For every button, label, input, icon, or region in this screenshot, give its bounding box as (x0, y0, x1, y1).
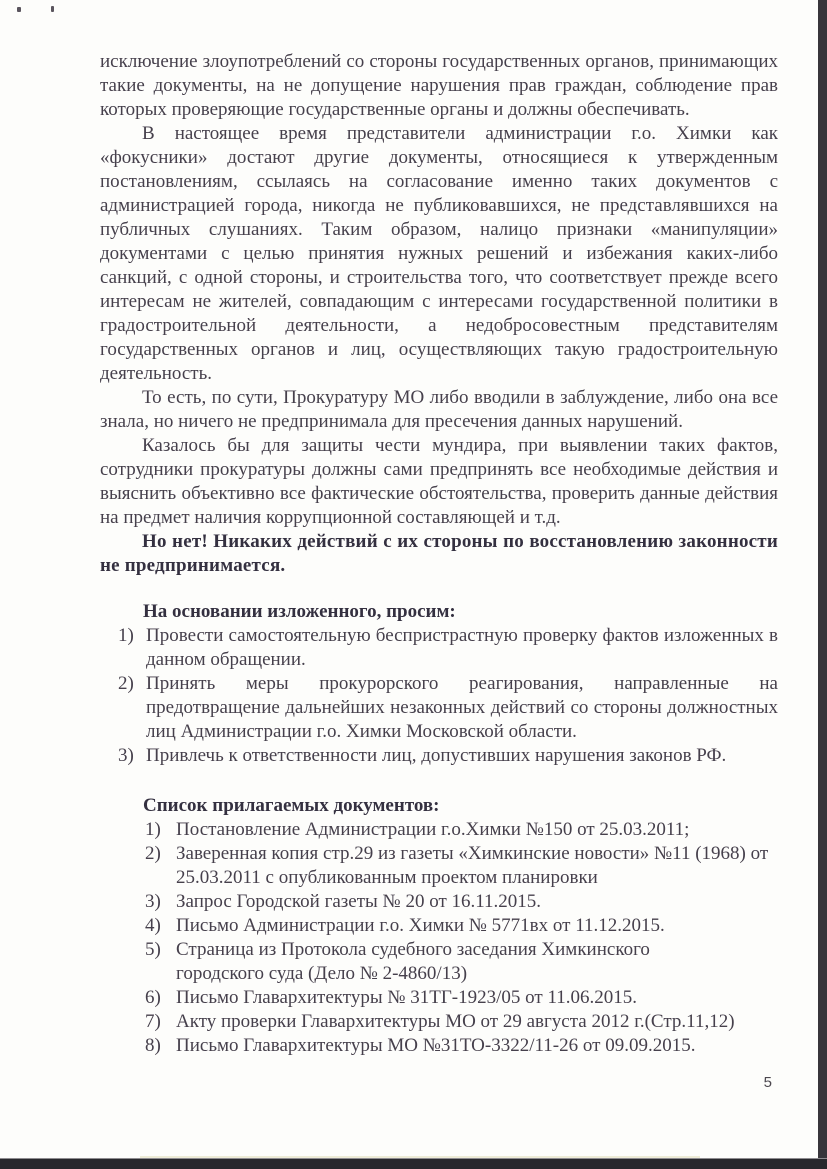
attachment-item-text: Акту проверки Главархитектуры МО от 29 а… (176, 1011, 735, 1032)
attachment-item: 6)Письмо Главархитектуры № 31ТГ-1923/05 … (100, 986, 778, 1010)
list-marker: 6) (145, 986, 161, 1010)
list-marker: 3) (118, 744, 134, 768)
document-body: исключение злоупотреблений со стороны го… (100, 50, 778, 1058)
request-item: 1)Провести самостоятельную беспристрастн… (100, 624, 778, 672)
list-marker: 1) (145, 818, 161, 842)
page-number: 5 (764, 1074, 772, 1091)
list-marker: 1) (118, 624, 134, 648)
attachment-item: 4)Письмо Администрации г.о. Химки № 5771… (100, 914, 778, 938)
scan-edge-bottom (0, 1158, 827, 1169)
request-list: 1)Провести самостоятельную беспристрастн… (100, 624, 778, 768)
attachment-item-text: Письмо Главархитектуры МО №31ТО-3322/11-… (176, 1035, 695, 1056)
scan-artifact-speck-1 (17, 7, 21, 12)
attachment-item: 5)Страница из Протокола судебного заседа… (100, 938, 778, 986)
attachment-item-text: Письмо Администрации г.о. Химки № 5771вх… (176, 915, 665, 936)
list-marker: 2) (118, 672, 134, 696)
list-marker: 8) (145, 1034, 161, 1058)
attachments-heading: Список прилагаемых документов: (100, 794, 778, 818)
scan-artifact-speck-2 (51, 6, 54, 12)
body-paragraph: То есть, по сути, Прокуратуру МО либо вв… (100, 386, 778, 434)
attachment-item-text: Заверенная копия стр.29 из газеты «Химки… (176, 843, 768, 888)
section-gap (100, 768, 778, 790)
attachment-item: 8)Письмо Главархитектуры МО №31ТО-3322/1… (100, 1034, 778, 1058)
scan-edge-right (818, 0, 827, 1169)
attachment-item: 2)Заверенная копия стр.29 из газеты «Хим… (100, 842, 778, 890)
request-item-text: Привлечь к ответственности лиц, допустив… (146, 745, 726, 766)
section-gap (100, 578, 778, 600)
attachment-item: 1)Постановление Администрации г.о.Химки … (100, 818, 778, 842)
request-item-text: Провести самостоятельную беспристрастную… (146, 625, 778, 670)
bold-statement-paragraph: Но нет! Никаких действий с их стороны по… (100, 530, 778, 578)
document-page: исключение злоупотреблений со стороны го… (0, 0, 827, 1169)
list-marker: 3) (145, 890, 161, 914)
attachment-item: 3)Запрос Городской газеты № 20 от 16.11.… (100, 890, 778, 914)
body-paragraph: В настоящее время представители админист… (100, 122, 778, 386)
requests-heading: На основании изложенного, просим: (100, 600, 778, 624)
list-marker: 4) (145, 914, 161, 938)
body-paragraph: исключение злоупотреблений со стороны го… (100, 50, 778, 122)
attachments-list: 1)Постановление Администрации г.о.Химки … (100, 818, 778, 1058)
body-paragraph: Казалось бы для защиты чести мундира, пр… (100, 434, 778, 530)
attachment-item-text: Письмо Главархитектуры № 31ТГ-1923/05 от… (176, 987, 637, 1008)
attachment-item-text: Страница из Протокола судебного заседани… (176, 938, 666, 986)
list-marker: 2) (145, 842, 161, 866)
request-item-text: Принять меры прокурорского реагирования,… (146, 673, 778, 742)
request-item: 2)Принять меры прокурорского реагировани… (100, 672, 778, 744)
list-marker: 7) (145, 1010, 161, 1034)
attachment-item-text: Постановление Администрации г.о.Химки №1… (176, 819, 689, 840)
list-marker: 5) (145, 938, 161, 962)
attachment-item: 7)Акту проверки Главархитектуры МО от 29… (100, 1010, 778, 1034)
attachment-item-text: Запрос Городской газеты № 20 от 16.11.20… (176, 891, 541, 912)
request-item: 3)Привлечь к ответственности лиц, допуст… (100, 744, 778, 768)
